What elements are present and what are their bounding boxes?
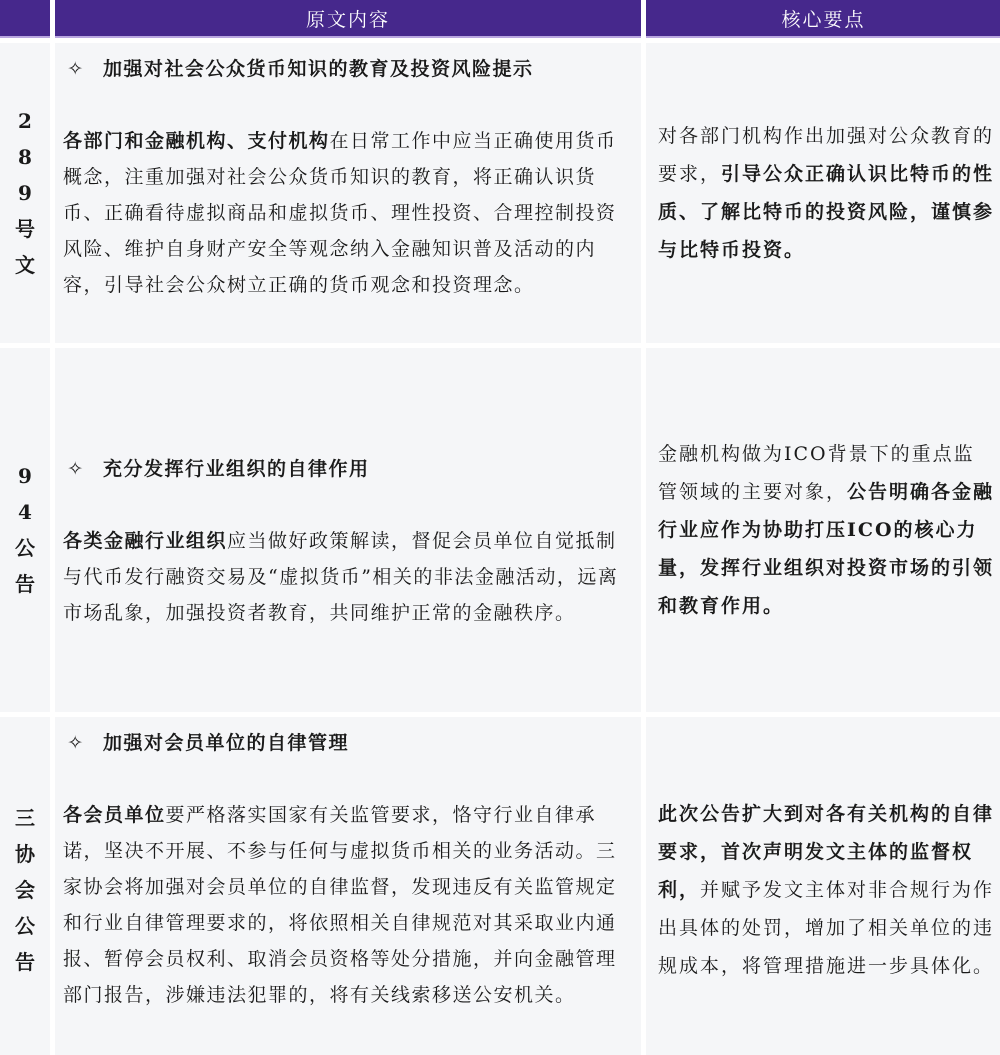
row-label-char: 告 <box>15 566 35 602</box>
row-label-char: 文 <box>15 247 35 283</box>
core-tail-text: 并赋予发文主体对非合规行为作出具体的处罚，增加了相关单位的违规成本，将管理措施进… <box>658 879 994 977</box>
original-content-cell: ✧ 加强对会员单位的自律管理 各会员单位要严格落实国家有关监管要求，恪守行业自律… <box>55 717 641 1055</box>
section-heading-text: 充分发挥行业组织的自律作用 <box>103 451 370 487</box>
row-label-char: 号 <box>15 211 35 247</box>
row-label-char: 公 <box>15 908 35 944</box>
core-points-text: 此次公告扩大到对各有关机构的自律要求，首次声明发文主体的监督权利，并赋予发文主体… <box>658 795 995 985</box>
row-label-char: 公 <box>15 530 35 566</box>
diamond-bullet-icon: ✧ <box>63 725 89 761</box>
core-points-cell: 对各部门机构作出加强对公众教育的要求，引导公众正确认识比特币的性质、了解比特币的… <box>646 43 1000 343</box>
paragraph-subject: 各类金融行业组织 <box>63 530 227 552</box>
section-heading: ✧ 加强对会员单位的自律管理 <box>63 725 635 761</box>
paragraph-subject: 各部门和金融机构、支付机构 <box>63 130 330 152</box>
row-label-char: 4 <box>18 494 32 530</box>
row-label-94-announcement: 9 4 公 告 <box>0 348 50 712</box>
comparison-table: 原文内容 核心要点 2 8 9 号 文 ✧ 加强对社会公众货币知识的教育及投资风… <box>0 0 1000 1055</box>
row-label-char: 会 <box>15 872 35 908</box>
header-original-content: 原文内容 <box>55 0 641 38</box>
row-label-char: 2 <box>18 103 32 139</box>
row-label-char: 协 <box>15 836 35 872</box>
section-heading-text: 加强对社会公众货币知识的教育及投资风险提示 <box>103 51 534 87</box>
original-content-cell: ✧ 加强对社会公众货币知识的教育及投资风险提示 各部门和金融机构、支付机构在日常… <box>55 43 641 343</box>
paragraph-subject: 各会员单位 <box>63 804 166 826</box>
row-label-char: 三 <box>15 800 35 836</box>
row-label-char: 告 <box>15 944 35 980</box>
section-heading-text: 加强对会员单位的自律管理 <box>103 725 349 761</box>
row-label-char: 8 <box>18 139 32 175</box>
original-paragraph: 各会员单位要严格落实国家有关监管要求，恪守行业自律承诺，坚决不开展、不参与任何与… <box>63 797 635 1013</box>
header-corner <box>0 0 50 38</box>
core-points-text: 对各部门机构作出加强对公众教育的要求，引导公众正确认识比特币的性质、了解比特币的… <box>658 117 995 269</box>
core-points-cell: 金融机构做为ICO背景下的重点监管领域的主要对象，公告明确各金融行业应作为协助打… <box>646 348 1000 712</box>
row-label-289-document: 2 8 9 号 文 <box>0 43 50 343</box>
paragraph-text: 要严格落实国家有关监管要求，恪守行业自律承诺，坚决不开展、不参与任何与虚拟货币相… <box>63 804 617 1006</box>
diamond-bullet-icon: ✧ <box>63 51 89 87</box>
original-paragraph: 各部门和金融机构、支付机构在日常工作中应当正确使用货币概念，注重加强对社会公众货… <box>63 123 635 303</box>
section-heading: ✧ 充分发挥行业组织的自律作用 <box>63 451 635 487</box>
row-label-three-associations-announcement: 三 协 会 公 告 <box>0 717 50 1055</box>
row-label-char: 9 <box>18 175 32 211</box>
diamond-bullet-icon: ✧ <box>63 451 89 487</box>
core-points-text: 金融机构做为ICO背景下的重点监管领域的主要对象，公告明确各金融行业应作为协助打… <box>658 435 995 625</box>
header-core-points: 核心要点 <box>646 0 1000 38</box>
original-content-cell: ✧ 充分发挥行业组织的自律作用 各类金融行业组织应当做好政策解读，督促会员单位自… <box>55 348 641 712</box>
core-points-cell: 此次公告扩大到对各有关机构的自律要求，首次声明发文主体的监督权利，并赋予发文主体… <box>646 717 1000 1055</box>
row-label-char: 9 <box>18 458 32 494</box>
section-heading: ✧ 加强对社会公众货币知识的教育及投资风险提示 <box>63 51 635 87</box>
original-paragraph: 各类金融行业组织应当做好政策解读，督促会员单位自觉抵制与代币发行融资交易及“虚拟… <box>63 523 635 631</box>
paragraph-text: 在日常工作中应当正确使用货币概念，注重加强对社会公众货币知识的教育，将正确认识货… <box>63 130 617 296</box>
